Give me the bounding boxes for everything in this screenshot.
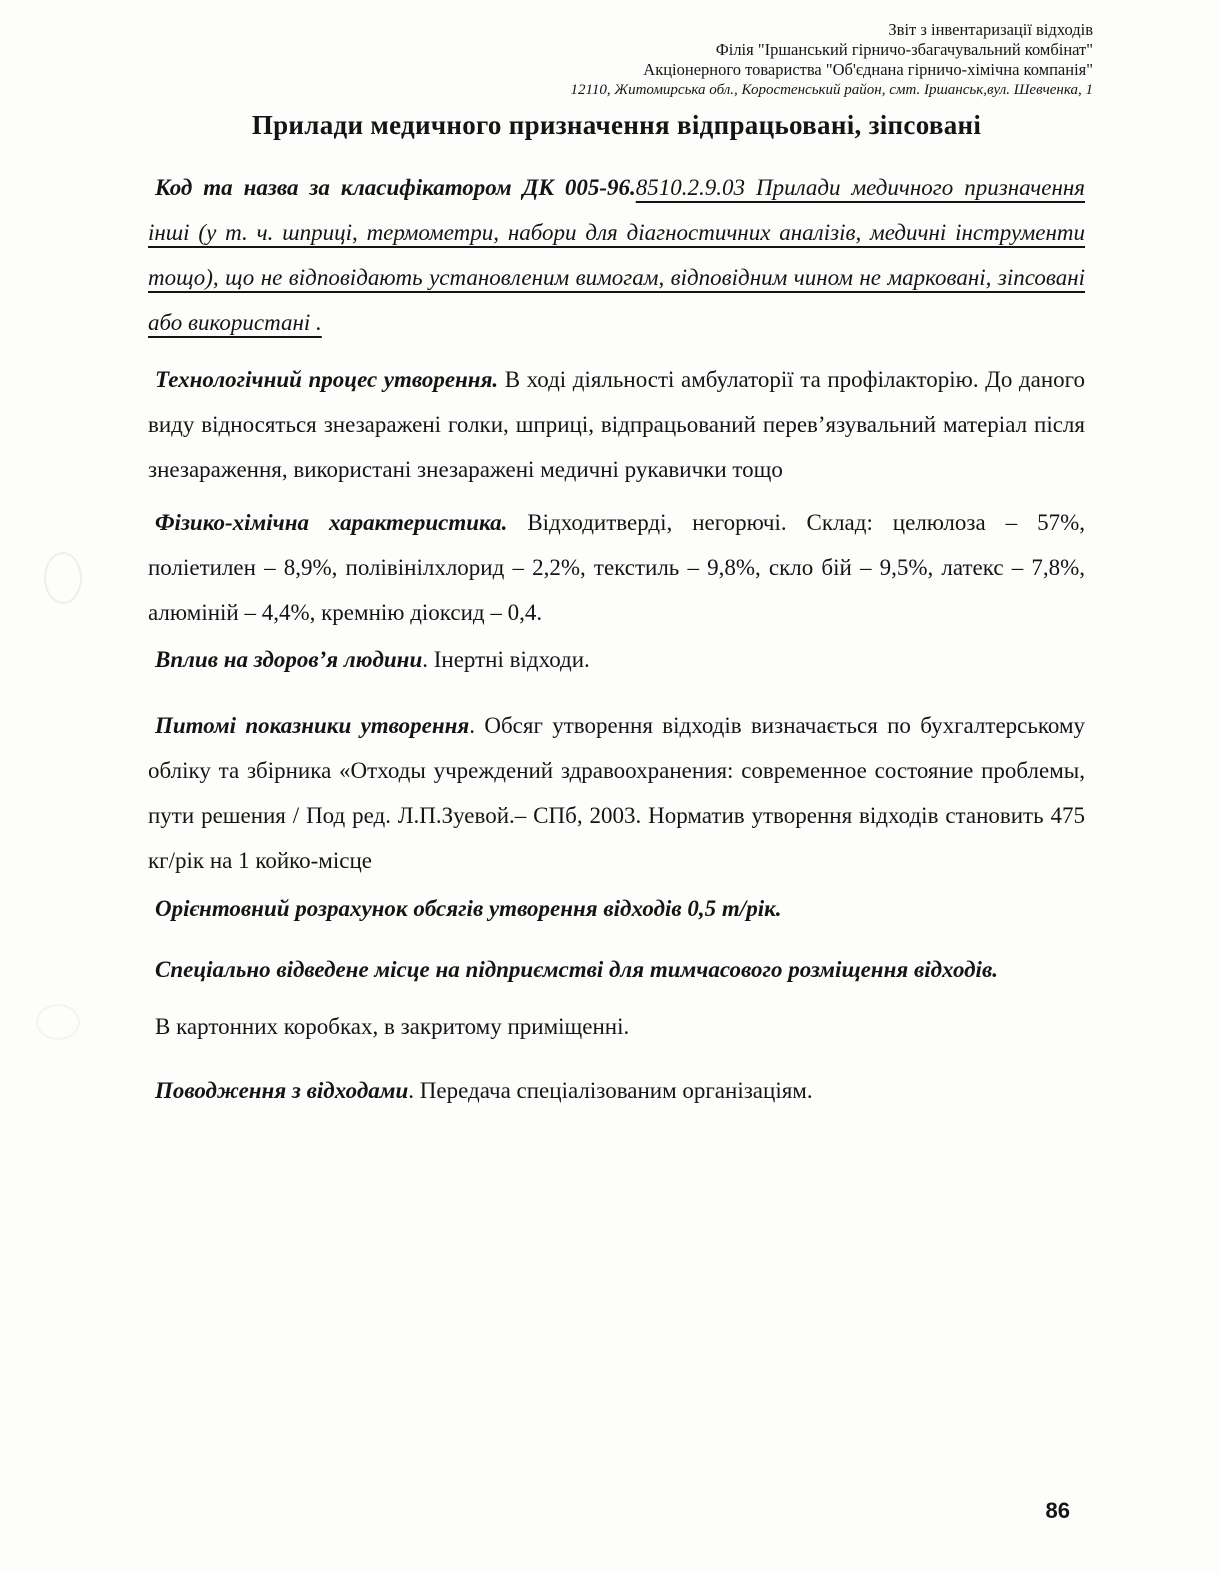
header-company-name: Акціонерного товариства "Об'єднана гірни…: [570, 60, 1093, 80]
waste-handling-lead: Поводження з відходами: [155, 1078, 408, 1103]
paragraph-code-classification: Код та назва за класифікатором ДК 005-96…: [148, 165, 1085, 345]
paragraph-formation-process: Технологічний процес утворення. В ході д…: [148, 357, 1085, 492]
code-classification-lead: Код та назва за класифікатором ДК 005-96…: [155, 175, 636, 200]
paragraph-estimated-volume: Орієнтовний розрахунок обсягів утворення…: [148, 886, 1085, 931]
scan-artifact: [44, 552, 82, 604]
paragraph-specific-indicators: Питомі показники утворення. Обсяг утворе…: [148, 703, 1085, 883]
header-address: 12110, Житомирська обл., Коростенський р…: [570, 80, 1093, 100]
specific-indicators-lead: Питомі показники утворення: [155, 713, 469, 738]
document-body: Код та назва за класифікатором ДК 005-96…: [148, 165, 1085, 1113]
document-header: Звіт з інвентаризації відходів Філія "Ір…: [570, 20, 1093, 100]
header-report-title: Звіт з інвентаризації відходів: [570, 20, 1093, 40]
health-impact-lead: Вплив на здоров’я людини: [155, 647, 422, 672]
paragraph-storage-place-title: Спеціально відведене місце на підприємст…: [148, 947, 1085, 992]
paragraph-health-impact: Вплив на здоров’я людини. Інертні відход…: [148, 637, 1085, 682]
header-branch-name: Філія "Іршанський гірничо-збагачувальний…: [570, 40, 1093, 60]
paragraph-physchem-characteristic: Фізико-хімічна характеристика. Відходитв…: [148, 500, 1085, 635]
paragraph-waste-handling: Поводження з відходами. Передача спеціал…: [148, 1068, 1085, 1113]
storage-place-text: В картонних коробках, в закритому приміщ…: [155, 1014, 629, 1039]
waste-handling-text: . Передача спеціалізованим організаціям.: [408, 1078, 812, 1103]
storage-place-lead: Спеціально відведене місце на підприємст…: [155, 957, 998, 982]
document-page: Звіт з інвентаризації відходів Філія "Ір…: [0, 0, 1219, 1574]
formation-process-lead: Технологічний процес утворення.: [155, 367, 498, 392]
scan-artifact: [36, 1004, 80, 1040]
estimated-volume-lead: Орієнтовний розрахунок обсягів утворення…: [155, 896, 782, 921]
paragraph-storage-place-text: В картонних коробках, в закритому приміщ…: [148, 1004, 1085, 1049]
health-impact-text: . Інертні відходи.: [422, 647, 590, 672]
page-number: 86: [1046, 1498, 1070, 1524]
physchem-lead: Фізико-хімічна характеристика.: [155, 510, 507, 535]
